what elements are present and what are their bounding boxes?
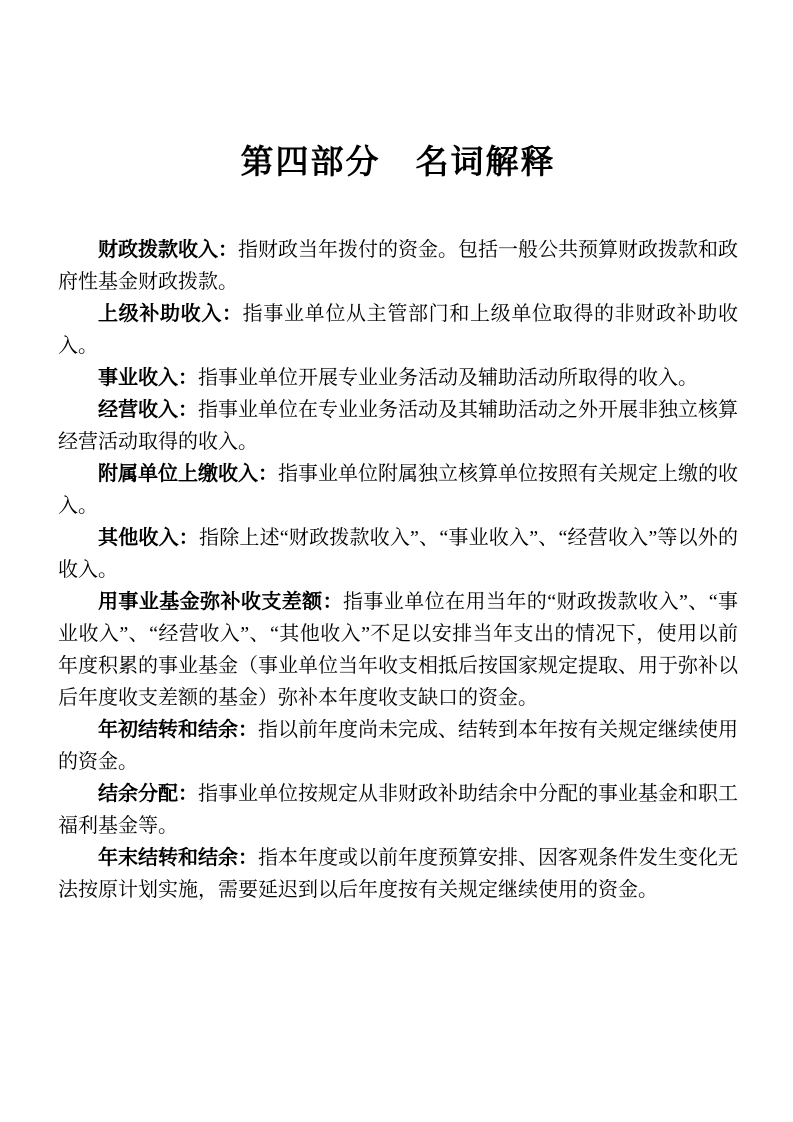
glossary-entry: 事业收入：指事业单位开展专业业务活动及辅助活动所取得的收入。	[58, 362, 738, 394]
glossary-entry: 附属单位上缴收入：指事业单位附属独立核算单位按照有关规定上缴的收入。	[58, 458, 738, 522]
glossary-entry: 年初结转和结余：指以前年度尚未完成、结转到本年按有关规定继续使用的资金。	[58, 714, 738, 778]
glossary-term: 年初结转和结余：	[98, 719, 258, 741]
glossary-term: 结余分配：	[98, 783, 198, 805]
glossary-term: 财政拨款收入：	[98, 239, 238, 261]
glossary-entry: 用事业基金弥补收支差额：指事业单位在用当年的“财政拨款收入”、“事业收入”、“经…	[58, 586, 738, 714]
glossary-section: 财政拨款收入：指财政当年拨付的资金。包括一般公共预算财政拨款和政府性基金财政拨款…	[58, 234, 738, 906]
glossary-term: 事业收入：	[98, 367, 198, 389]
page-title: 第四部分 名词解释	[58, 143, 738, 184]
glossary-entry: 上级补助收入：指事业单位从主管部门和上级单位取得的非财政补助收入。	[58, 298, 738, 362]
glossary-term: 附属单位上缴收入：	[98, 463, 278, 485]
document-page: 第四部分 名词解释 财政拨款收入：指财政当年拨付的资金。包括一般公共预算财政拨款…	[0, 0, 793, 1122]
glossary-entry: 财政拨款收入：指财政当年拨付的资金。包括一般公共预算财政拨款和政府性基金财政拨款…	[58, 234, 738, 298]
glossary-entry: 经营收入：指事业单位在专业业务活动及其辅助活动之外开展非独立核算经营活动取得的收…	[58, 394, 738, 458]
glossary-term: 用事业基金弥补收支差额：	[98, 591, 343, 613]
glossary-term: 经营收入：	[98, 399, 198, 421]
glossary-term: 年末结转和结余：	[98, 847, 258, 869]
glossary-entry: 年末结转和结余：指本年度或以前年度预算安排、因客观条件发生变化无法按原计划实施，…	[58, 842, 738, 906]
glossary-entry: 其他收入：指除上述“财政拨款收入”、“事业收入”、“经营收入”等以外的收入。	[58, 522, 738, 586]
glossary-definition: 指事业单位开展专业业务活动及辅助活动所取得的收入。	[198, 367, 698, 389]
glossary-entry: 结余分配：指事业单位按规定从非财政补助结余中分配的事业基金和职工福利基金等。	[58, 778, 738, 842]
glossary-term: 其他收入：	[98, 527, 199, 549]
glossary-term: 上级补助收入：	[98, 303, 243, 325]
